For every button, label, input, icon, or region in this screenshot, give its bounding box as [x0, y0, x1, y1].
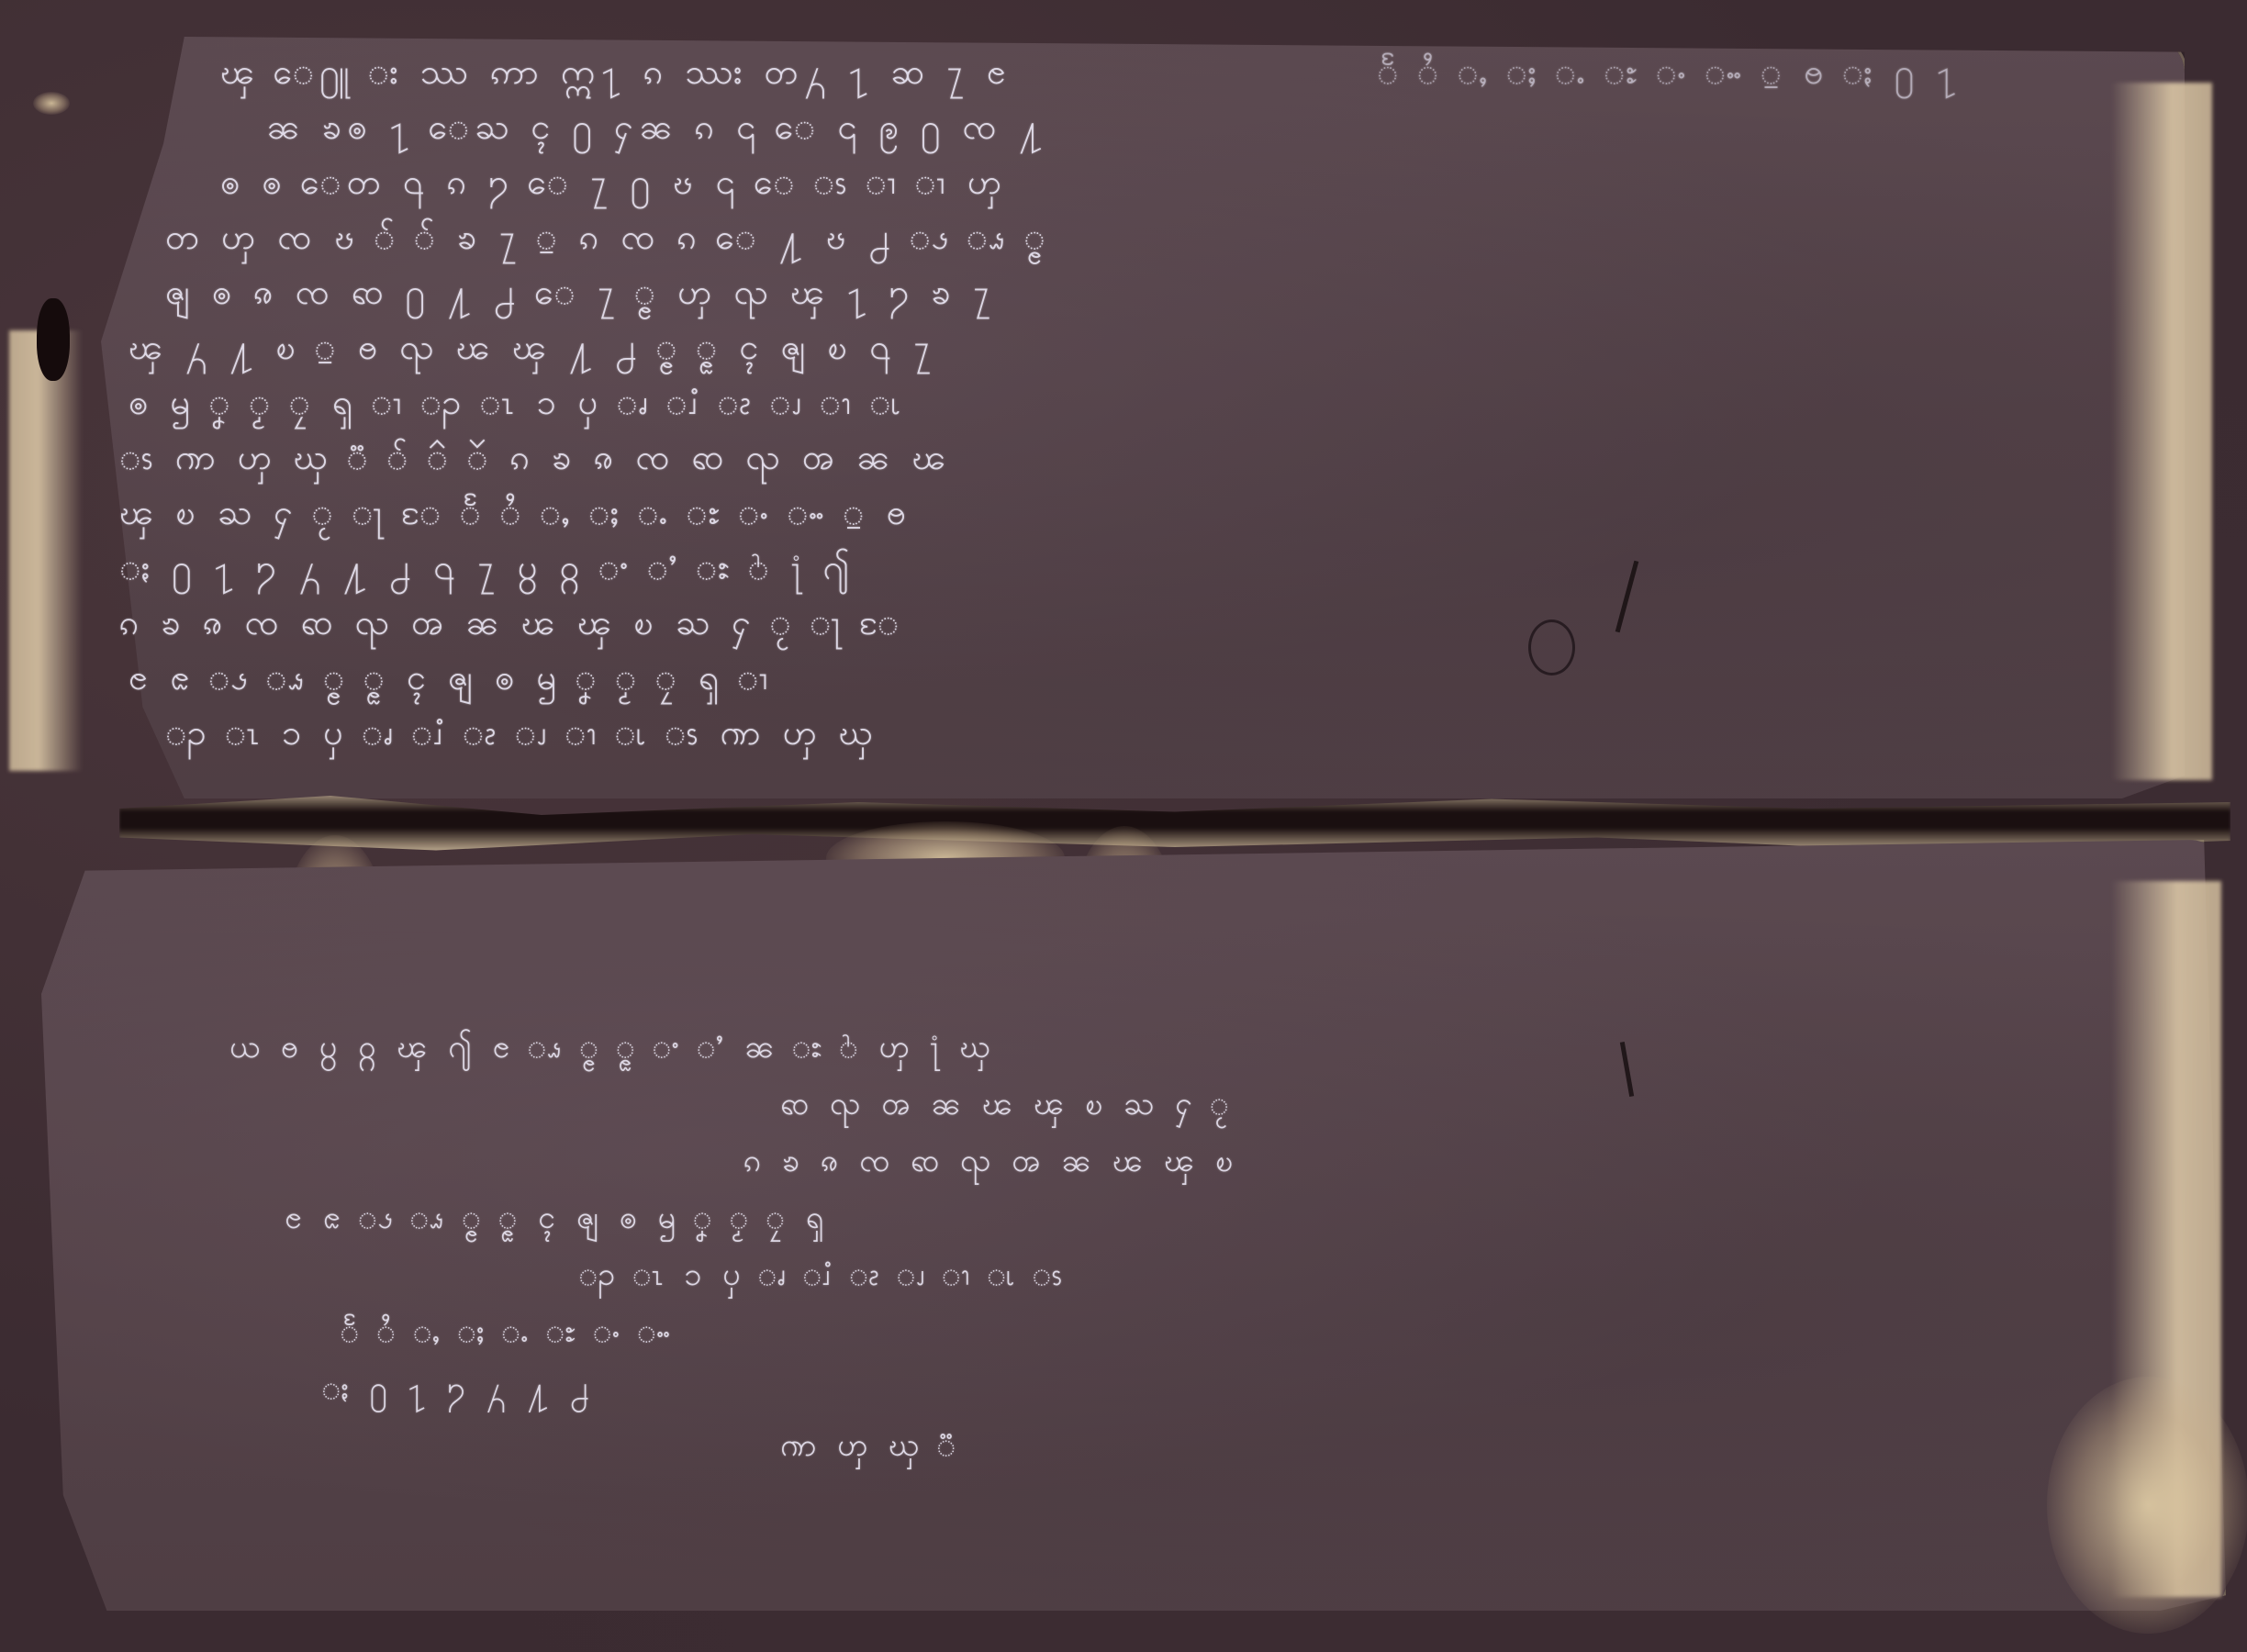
script-line: ၾ ၿ ႀ ႁ ႂ ႃ ႄ ႅ ႆ ႇ ႈ ႉ ႊ ႋ ႌ ႍ ႎ — [119, 485, 1051, 540]
script-line: ၹ ၺ ၻ ၼ ၽ ၾ ၿ ႀ ႁ ႂ — [229, 1076, 1238, 1133]
script-line: ၜ ၝ ၞ ၟ ၠ ၡ ၢ ၣ ၤ ၥ ၦ ၧ ၨ ၩ ၪ ၫ ၬ — [129, 374, 1051, 430]
stain-fleck — [33, 92, 70, 115]
script-line: ႅ ႆ ႇ ႈ ႉ ႊ ႋ ႌ — [229, 1303, 1238, 1360]
circle-mark — [1528, 619, 1575, 675]
script-block-bottom: ယ ႎ ႘ ႙ ၾ ႟ ၔ ၗ ၘ ၙ ႚ ႛ ၼ ႜ ႝ ၯ ႞ ၰ ၹ ၺ … — [229, 1019, 1238, 1474]
frayed-edge-top-left — [9, 330, 83, 771]
script-line: ႏ ႐ ႑ ႒ ႓ ႔ ႕ ႖ ႗ ႘ ႙ ႚ ႛ ႜ ႝ ႞ ႟ — [119, 540, 1051, 595]
script-line: ၣ ၤ ၥ ၦ ၧ ၨ ၩ ၪ ၫ ၬ ၭ ၮ ၯ ၰ — [165, 705, 1051, 760]
script-line: ၭ ၮ ၯ ၰ ၱ ၲ ၳ ၴ ၵ ၶ ၷ ၸ ၹ ၺ ၻ ၼ ၽ — [119, 430, 1051, 485]
script-line: ၵ ၶ ၷ ၸ ၹ ၺ ၻ ၼ ၽ ၾ ၿ — [229, 1133, 1238, 1189]
script-line: ၵ ၶ ၷ ၸ ၹ ၺ ၻ ၼ ၽ ၾ ၿ ႀ ႁ ႂ ႃ ႄ — [119, 595, 1051, 650]
script-line: ယ ႎ ႘ ႙ ၾ ႟ ၔ ၗ ၘ ၙ ႚ ႛ ၼ ႜ ႝ ၯ ႞ ၰ — [229, 1019, 1238, 1076]
script-line: တ ၯ ၸ ၓ ၲ ၲ ၶ ႗ ႍ ၵ ၸ ၵ ေ ႔ ၓ ႕ ၖ ၗ ၘ — [165, 209, 1051, 264]
script-line: ၣ ၤ ၥ ၦ ၧ ၨ ၩ ၪ ၫ ၬ ၭ — [229, 1246, 1238, 1303]
script-line: ၔ ၕ ၖ ၗ ၘ ၙ ၚ ၛ ၜ ၝ ၞ ၟ ၠ ၡ ၢ — [129, 650, 1051, 705]
hole-left — [37, 298, 70, 381]
stain-bottom-right-corner — [2047, 1377, 2247, 1634]
script-line: ႏ ႐ ႑ ႒ ႓ ႔ ႕ — [229, 1360, 1238, 1417]
script-line: ၼ ၶၜ ႑ ေႀ ၚ ႐ ႁၼ ၵ ၎ ေ ၎ ဨ ႐ ၸ ႔ — [220, 99, 1051, 154]
script-line: ၜ ၜ ေတ ႖ ၵ ႒ ေ ႗ ႐ ၓ ၎ ေ ၭ ၢ ၢ ၯ — [220, 154, 1051, 209]
frayed-edge-top-right — [2111, 83, 2212, 780]
script-line: ၾ ေ႐ူ း ဿ ဢာ ဣ႑ ၵ ဿး တ႓ ႑ ဆ ႗ ၔ — [220, 44, 1051, 99]
script-line: ၛ ၜ ၷ ၸ ၹ ႐ ႔ ႕ ေ ႗ ၘ ၯ ၺ ၾ ႑ ႒ ၶ ႗ — [165, 264, 1051, 319]
script-line: ႅ ႆ ႇ ႈ ႉ ႊ ႋ ႌ ႍ ႎ ႏ ႐ ႑ — [1377, 44, 1962, 99]
script-line: ၮ ၯ ၰ ၱ — [229, 1417, 1238, 1474]
script-line: ၾ ႓ ႔ ၿ ႍ ႎ ၺ ၽ ၾ ႔ ႕ ၘ ၙ ၚ ၛ ၿ ႖ ႗ — [129, 319, 1051, 374]
script-line: ၔ ၕ ၖ ၗ ၘ ၙ ၚ ၛ ၜ ၝ ၞ ၟ ၠ ၡ — [229, 1189, 1238, 1246]
script-block-top: ၾ ေ႐ူ း ဿ ဢာ ဣ႑ ၵ ဿး တ႓ ႑ ဆ ႗ ၔ ၼ ၶၜ ႑ ေ… — [220, 44, 1051, 760]
script-block-top-right: ႅ ႆ ႇ ႈ ႉ ႊ ႋ ႌ ႍ ႎ ႏ ႐ ႑ — [1377, 44, 1962, 99]
